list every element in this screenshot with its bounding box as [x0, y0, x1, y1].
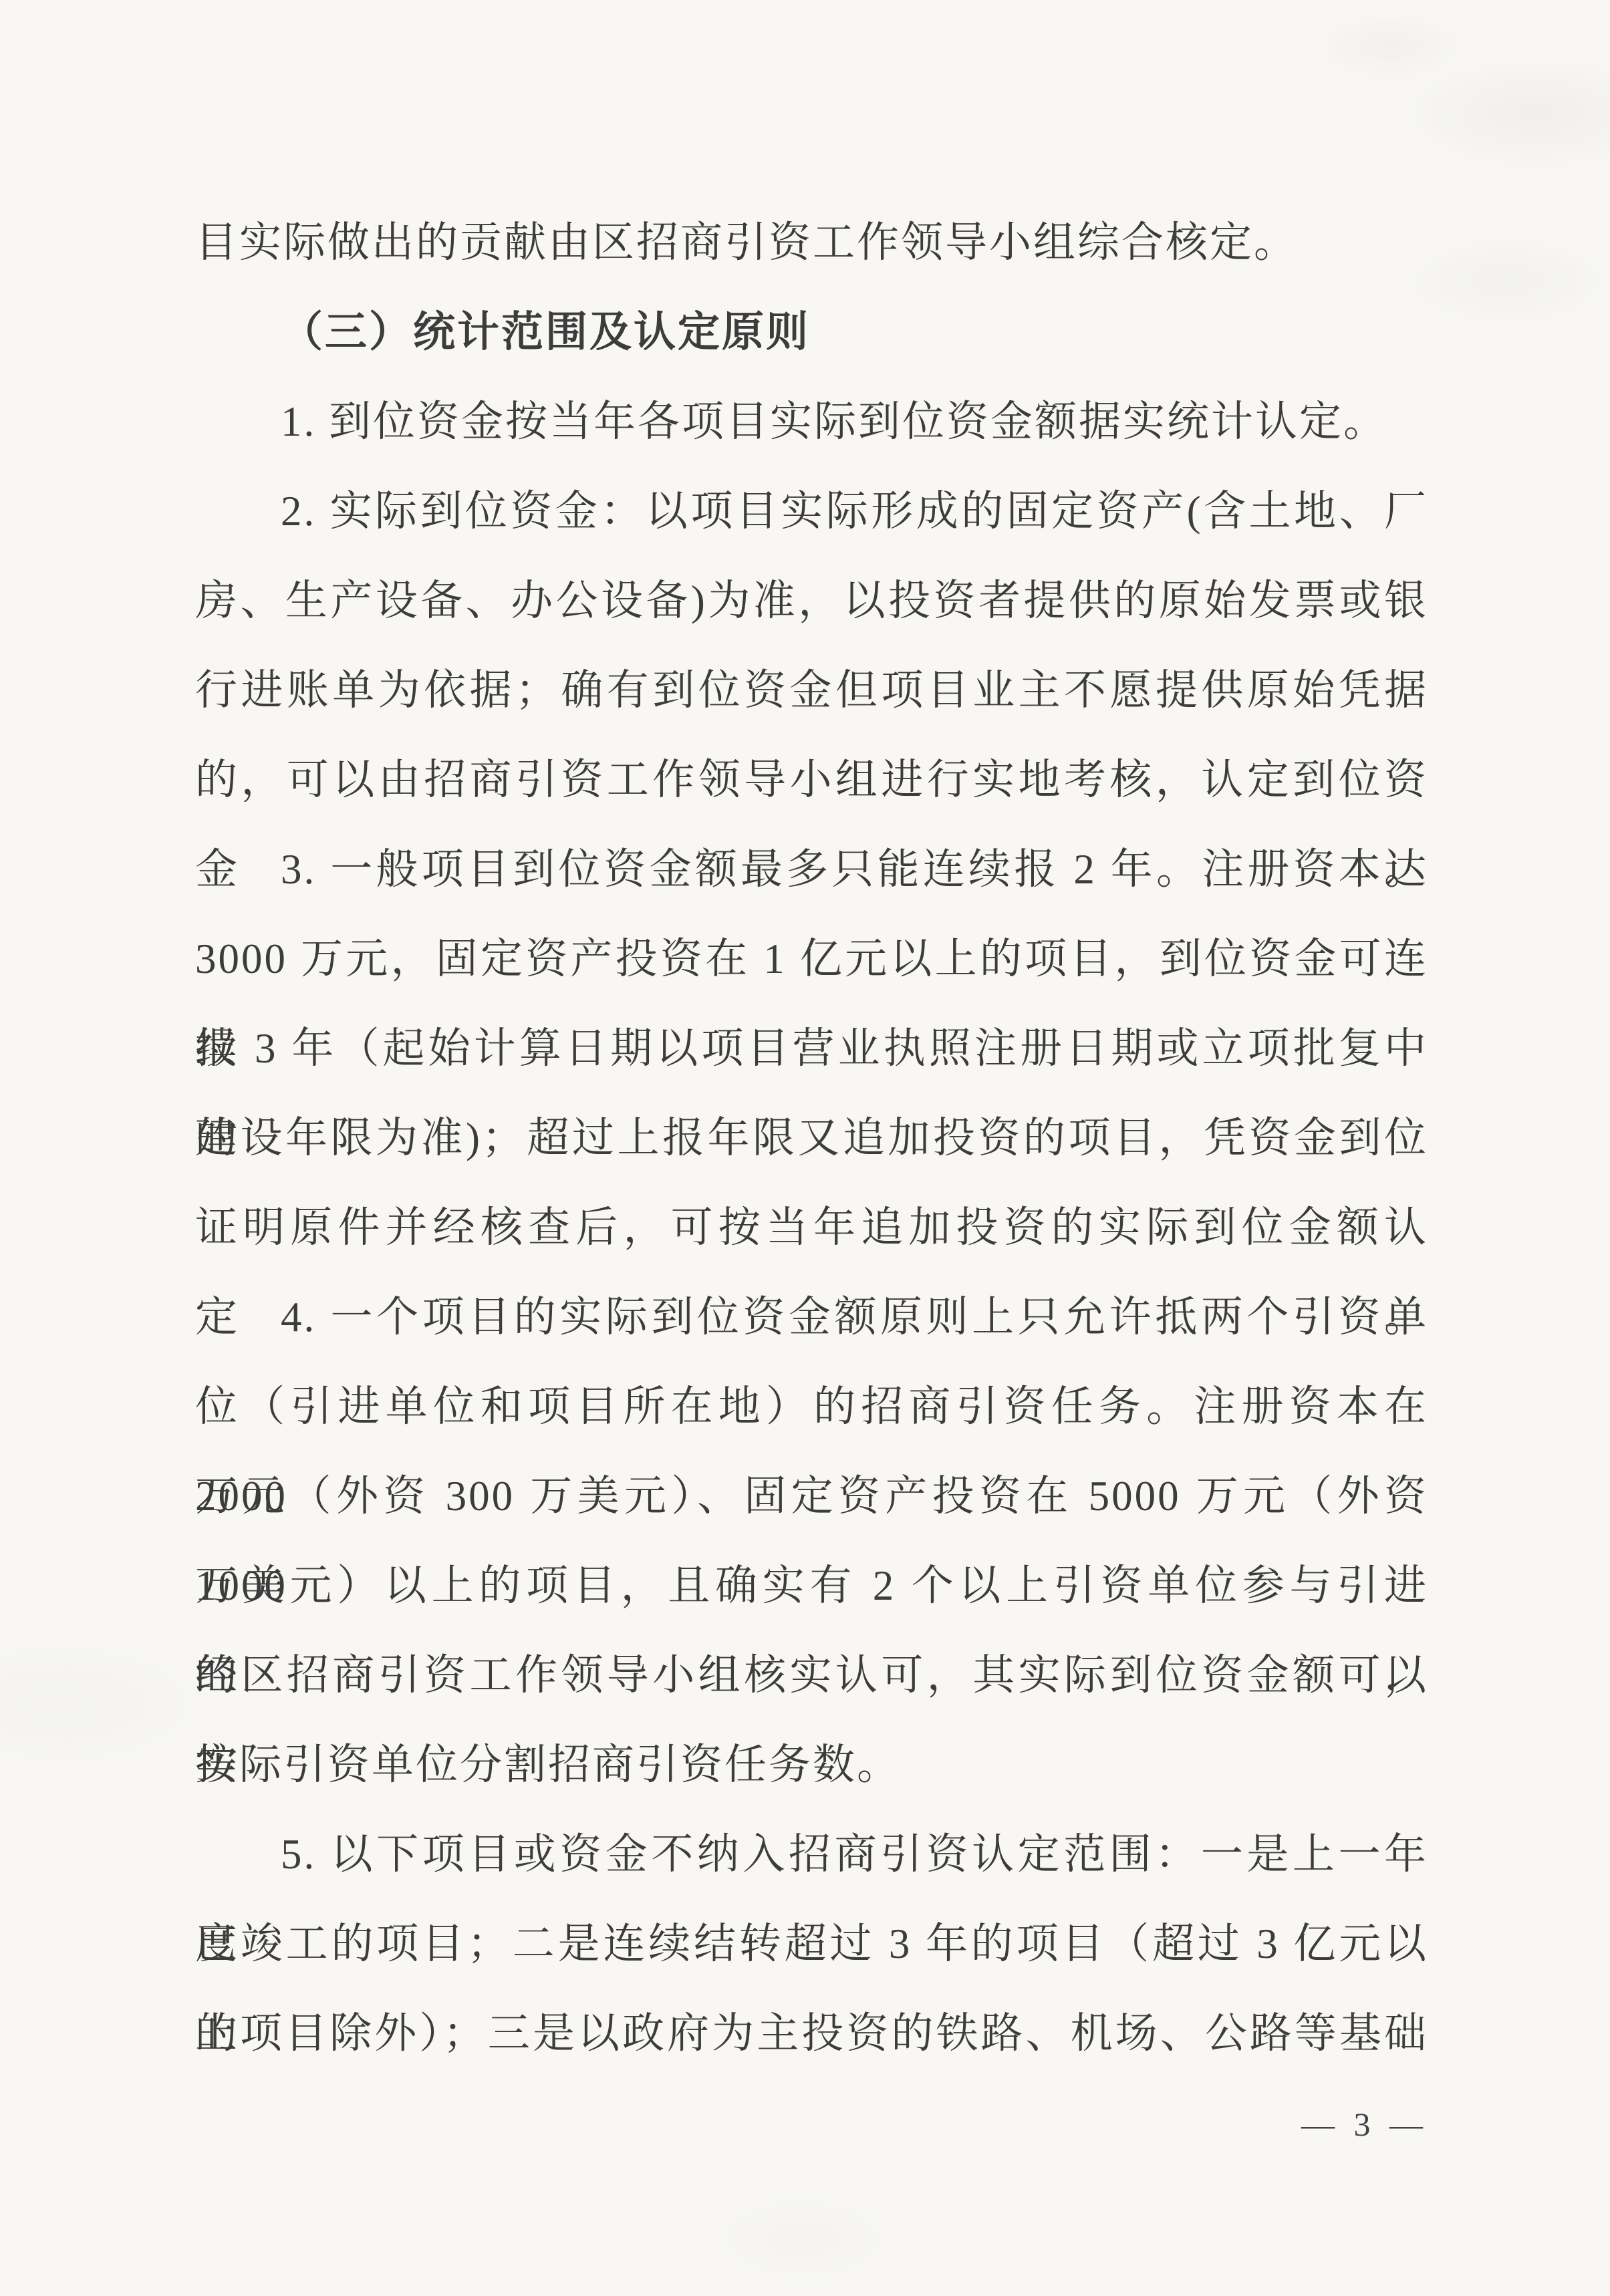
- document-page: 目实际做出的贡献由区招商引资工作领导小组综合核定。（三）统计范围及认定原则1. …: [0, 0, 1610, 2296]
- text-line: 目实际做出的贡献由区招商引资工作领导小组综合核定。: [195, 198, 1428, 287]
- text-line: 实际引资单位分割招商引资任务数。: [195, 1720, 1428, 1810]
- text-line: 证明原件并经核查后，可按当年追加投资的实际到位金额认定。: [195, 1183, 1428, 1272]
- text-line: 位（引进单位和项目所在地）的招商引资任务。注册资本在 2000: [195, 1362, 1428, 1451]
- text-line: 的，可以由招商引资工作领导小组进行实地考核，认定到位资金。: [195, 735, 1428, 825]
- text-line: 建设年限为准)；超过上报年限又追加投资的项目，凭资金到位: [195, 1093, 1428, 1183]
- section-heading: （三）统计范围及认定原则: [195, 287, 1428, 377]
- text-line: 3. 一般项目到位资金额最多只能连续报 2 年。注册资本达: [195, 825, 1428, 914]
- text-line: 万元（外资 300 万美元）、固定资产投资在 5000 万元（外资 1000: [195, 1451, 1428, 1541]
- text-line: 2. 实际到位资金：以项目实际形成的固定资产(含土地、厂: [195, 466, 1428, 556]
- text-line: 报 3 年（起始计算日期以项目营业执照注册日期或立项批复中的: [195, 1004, 1428, 1093]
- text-line: 房、生产设备、办公设备)为准，以投资者提供的原始发票或银: [195, 556, 1428, 645]
- page-number: — 3 —: [1301, 2079, 1428, 2169]
- text-line: 1. 到位资金按当年各项目实际到位资金额据实统计认定。: [195, 377, 1428, 466]
- text-line: 3000 万元，固定资产投资在 1 亿元以上的项目，到位资金可连续: [195, 914, 1428, 1004]
- text-line: 5. 以下项目或资金不纳入招商引资认定范围：一是上一年度: [195, 1810, 1428, 1899]
- text-line: 4. 一个项目的实际到位资金额原则上只允许抵两个引资单: [195, 1272, 1428, 1362]
- text-line: 行进账单为依据；确有到位资金但项目业主不愿提供原始凭据: [195, 645, 1428, 735]
- text-line: 已竣工的项目；二是连续结转超过 3 年的项目（超过 3 亿元以上: [195, 1899, 1428, 1989]
- text-line: 经区招商引资工作领导小组核实认可，其实际到位资金额可以按: [195, 1630, 1428, 1720]
- text-line: 万美元）以上的项目，且确实有 2 个以上引资单位参与引进的，: [195, 1541, 1428, 1630]
- body-text: 目实际做出的贡献由区招商引资工作领导小组综合核定。（三）统计范围及认定原则1. …: [195, 198, 1428, 2078]
- text-line: 的项目除外）；三是以政府为主投资的铁路、机场、公路等基础: [195, 1989, 1428, 2078]
